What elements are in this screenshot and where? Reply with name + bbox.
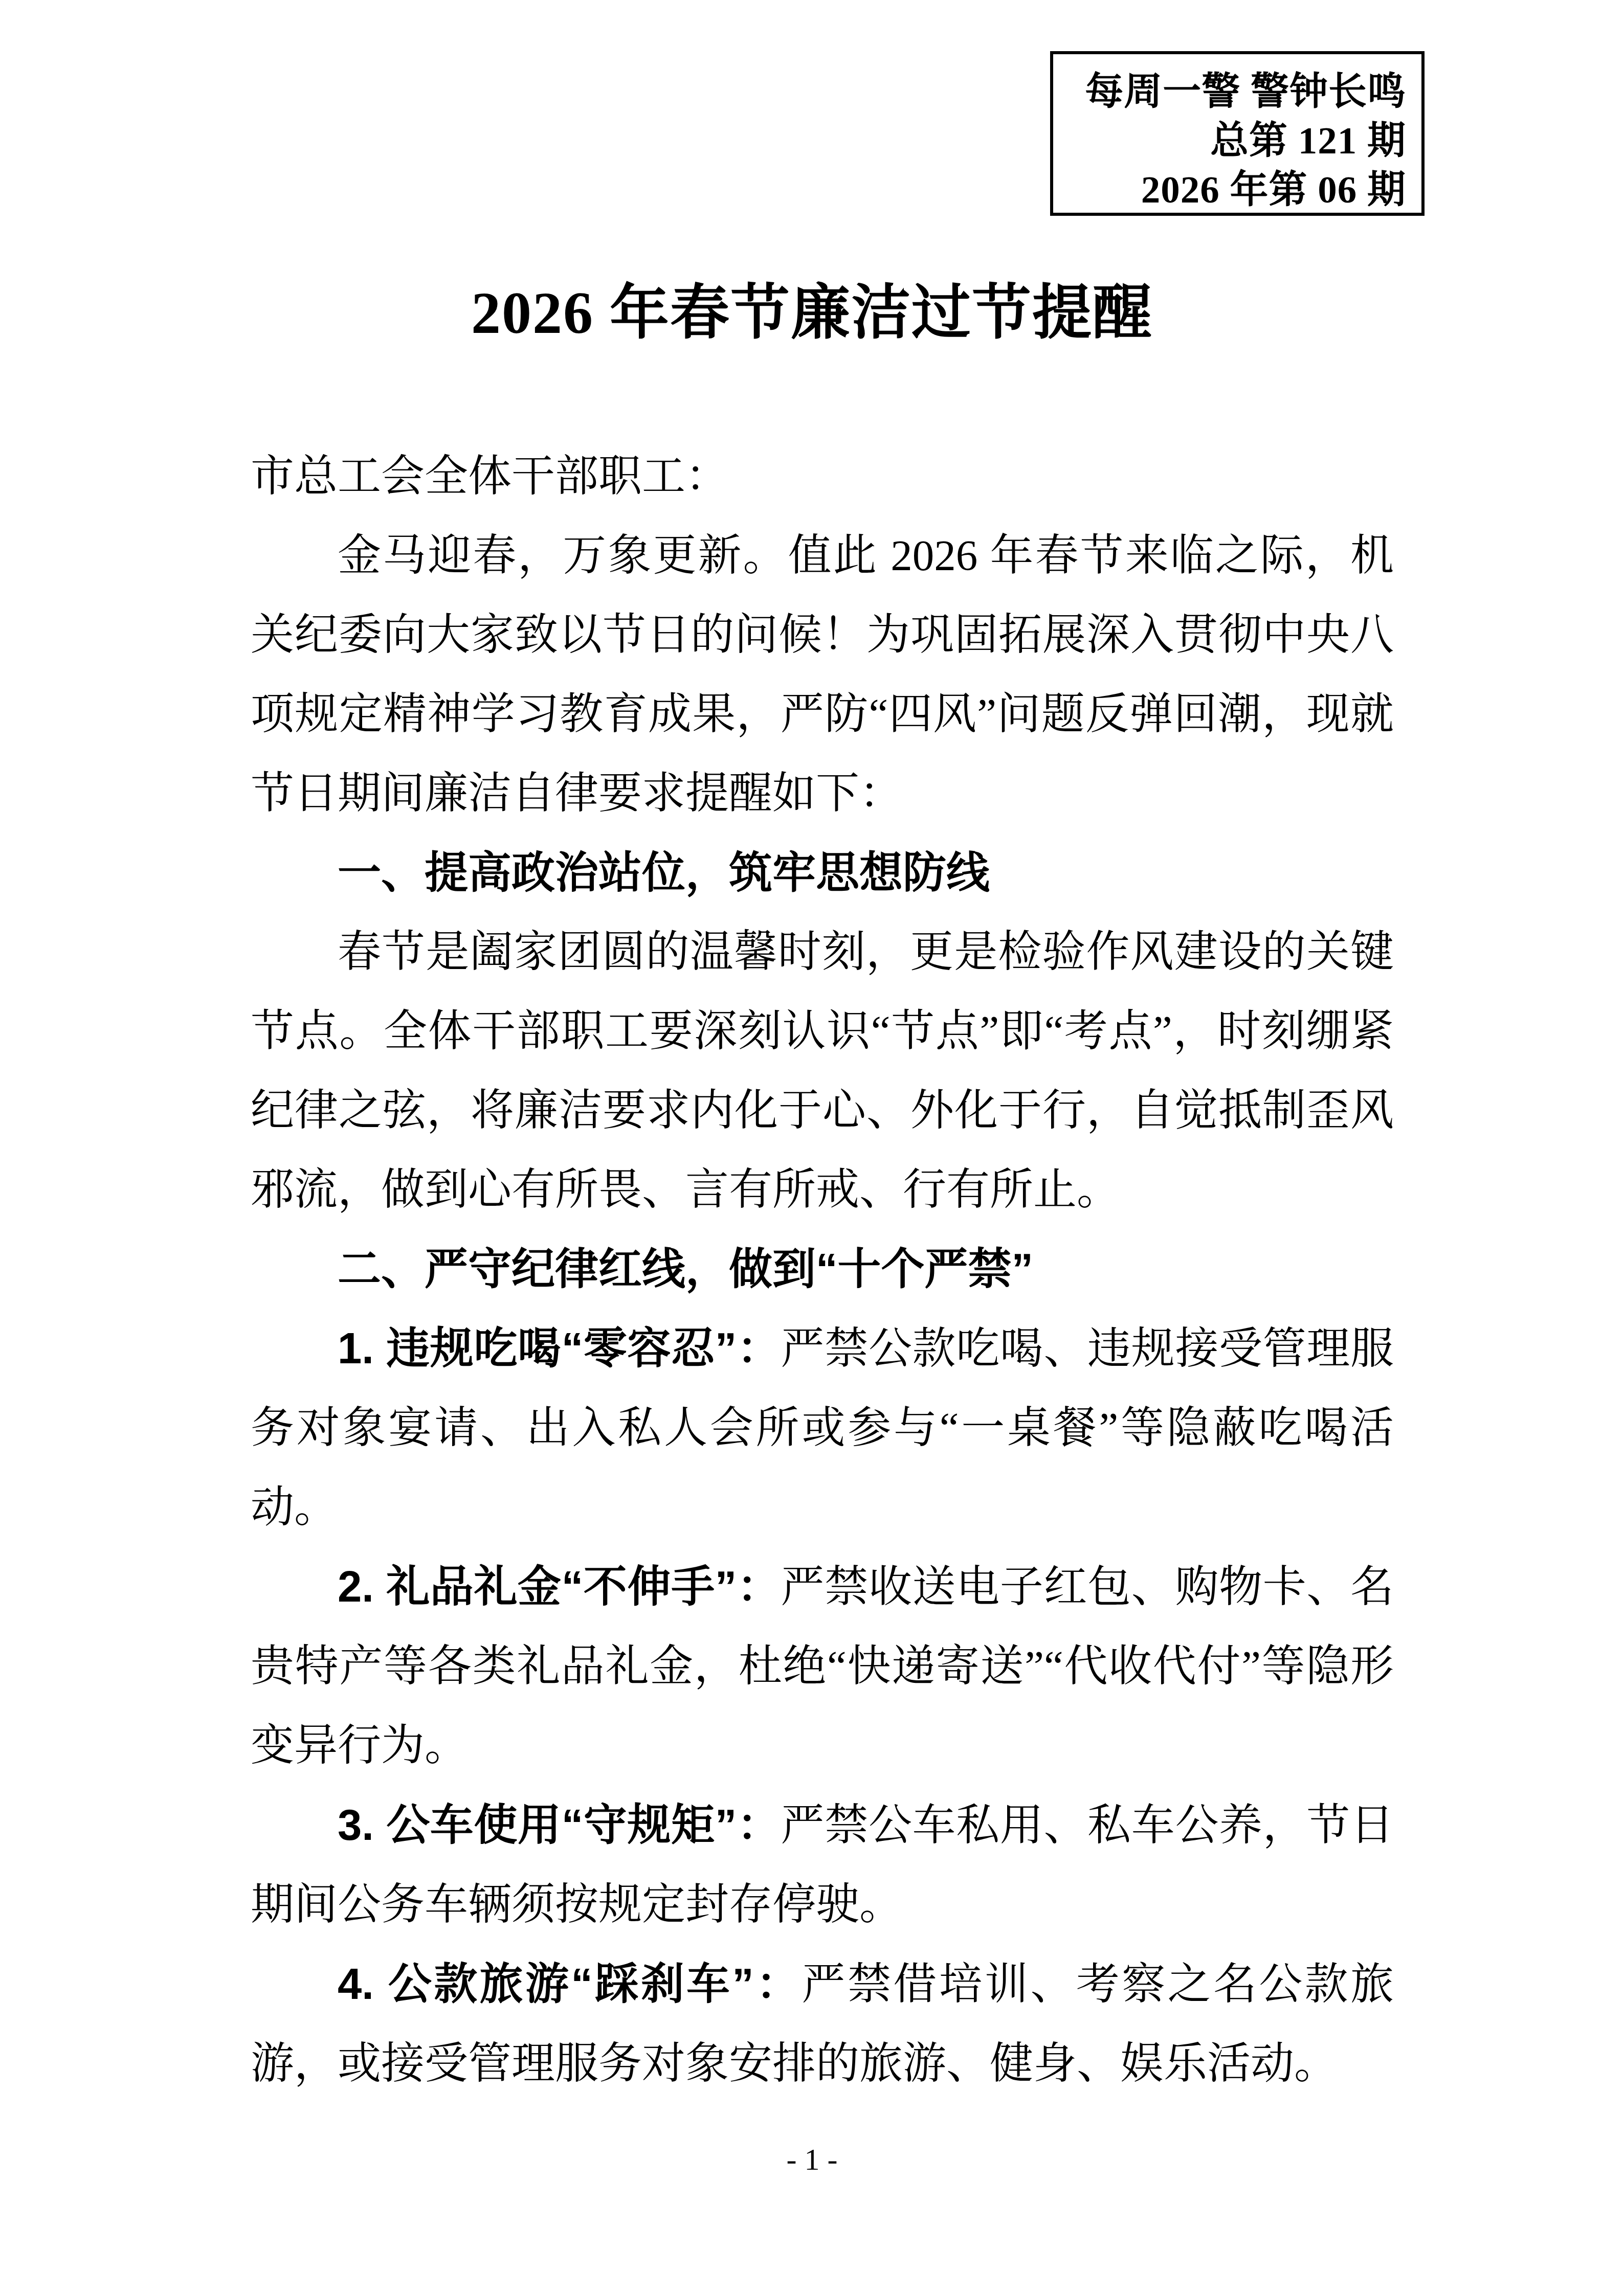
page-number: - 1 - xyxy=(0,2136,1624,2182)
masthead-issue-total: 总第 121 期 xyxy=(1058,117,1406,166)
salutation: 市总工会全体干部职工： xyxy=(251,437,1394,516)
prohibition-item-3-lead: 3. 公车使用“守规矩”： xyxy=(338,1801,781,1850)
masthead-box: 每周一警 警钟长鸣 总第 121 期 2026 年第 06 期 xyxy=(1050,51,1425,216)
prohibition-item-4: 4. 公款旅游“踩刹车”：严禁借培训、考察之名公款旅游，或接受管理服务对象安排的… xyxy=(251,1945,1394,2104)
masthead-slogan: 每周一警 警钟长鸣 xyxy=(1058,67,1406,117)
prohibition-item-3: 3. 公车使用“守规矩”：严禁公车私用、私车公养，节日期间公务车辆须按规定封存停… xyxy=(251,1786,1394,1945)
page-title: 2026 年春节廉洁过节提醒 xyxy=(0,270,1624,357)
intro-paragraph: 金马迎春，万象更新。值此 2026 年春节来临之际，机关纪委向大家致以节日的问候… xyxy=(251,516,1394,834)
prohibition-item-2-lead: 2. 礼品礼金“不伸手”： xyxy=(338,1563,781,1611)
document-page: 每周一警 警钟长鸣 总第 121 期 2026 年第 06 期 2026 年春节… xyxy=(0,0,1624,2296)
section-2-heading: 二、严守纪律红线，做到“十个严禁” xyxy=(251,1230,1394,1309)
prohibition-item-1-lead: 1. 违规吃喝“零容忍”： xyxy=(338,1324,781,1373)
prohibition-item-2: 2. 礼品礼金“不伸手”：严禁收送电子红包、购物卡、名贵特产等各类礼品礼金，杜绝… xyxy=(251,1547,1394,1786)
prohibition-item-1: 1. 违规吃喝“零容忍”：严禁公款吃喝、违规接受管理服务对象宴请、出入私人会所或… xyxy=(251,1309,1394,1547)
document-body: 市总工会全体干部职工： 金马迎春，万象更新。值此 2026 年春节来临之际，机关… xyxy=(251,437,1394,2104)
section-1-heading: 一、提高政治站位，筑牢思想防线 xyxy=(251,834,1394,913)
prohibition-item-4-lead: 4. 公款旅游“踩刹车”： xyxy=(338,1960,802,2009)
section-1-paragraph: 春节是阖家团圆的温馨时刻，更是检验作风建设的关键节点。全体干部职工要深刻认识“节… xyxy=(251,913,1394,1230)
masthead-issue-year: 2026 年第 06 期 xyxy=(1058,166,1406,215)
